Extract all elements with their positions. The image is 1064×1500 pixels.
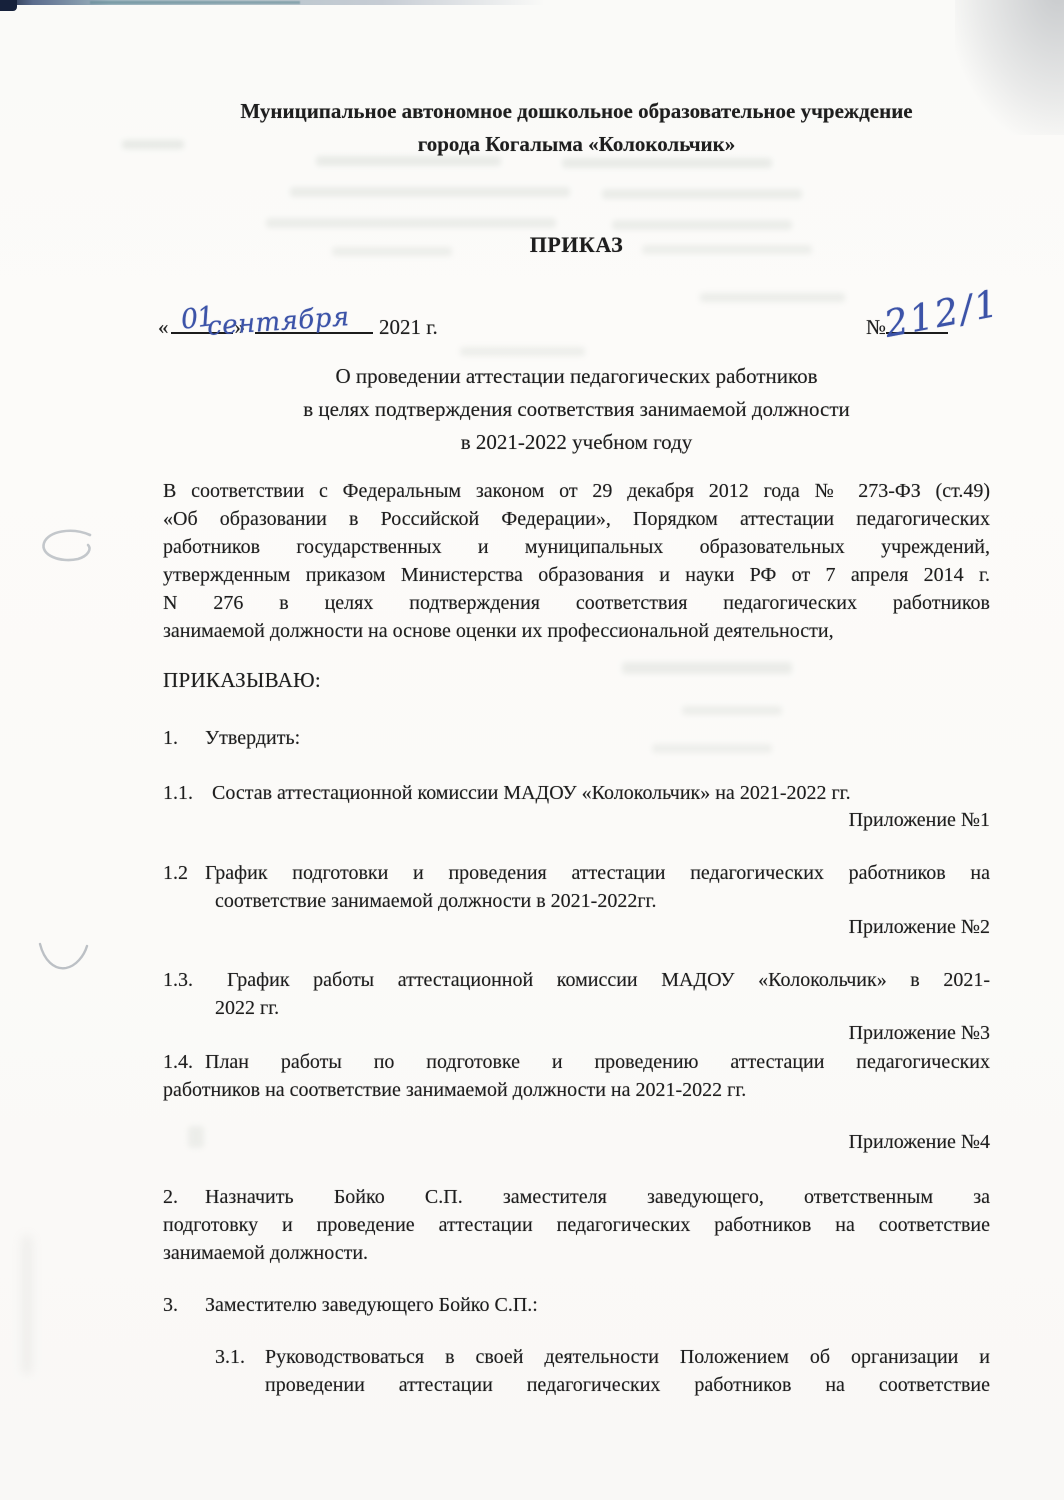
item-number: 1.4.: [163, 1048, 205, 1076]
item-text: План работы по подготовке и проведению а…: [205, 1051, 990, 1073]
bleed-through-text: [266, 218, 556, 228]
organization-name-line1: Муниципальное автономное дошкольное обра…: [163, 95, 990, 128]
document-number: №212/1: [866, 308, 948, 344]
item-number: 1.: [163, 724, 205, 752]
preamble-paragraph: В соответствии с Федеральным законом от …: [163, 477, 990, 645]
appendix-reference-2: Приложение №2: [163, 913, 990, 941]
top-left-corner-scan-mark: [0, 0, 17, 11]
subject-line2: в целях подтверждения соответствия заним…: [163, 393, 990, 426]
item-line: соответствие занимаемой должности в 2021…: [163, 887, 990, 915]
item-number: 3.: [163, 1291, 205, 1319]
document-subject: О проведении аттестации педагогических р…: [163, 360, 990, 459]
order-item-1-4: 1.4.План работы по подготовке и проведен…: [163, 1048, 990, 1104]
appendix-reference-4: Приложение №4: [163, 1128, 990, 1156]
preamble-line: N 276 в целях подтверждения соответствия…: [163, 589, 990, 617]
item-line: подготовку и проведение аттестации педаг…: [163, 1211, 990, 1239]
item-line: проведении аттестации педагогических раб…: [163, 1371, 990, 1399]
item-line: 1.4.План работы по подготовке и проведен…: [163, 1048, 990, 1076]
order-item-1-2: 1.2График подготовки и проведения аттест…: [163, 859, 990, 915]
pen-scribble-mark: [36, 936, 92, 982]
pen-scribble-mark: [38, 525, 100, 573]
order-item-1-1: 1.1.Состав аттестационной комиссии МАДОУ…: [163, 779, 990, 807]
order-heading: ПРИКАЗЫВАЮ:: [163, 666, 990, 694]
bleed-through-text: [602, 189, 802, 199]
item-line: занимаемой должности.: [163, 1239, 990, 1267]
document-date: «01»сентября2021 г.: [158, 308, 438, 344]
item-number: 1.1.: [163, 779, 212, 807]
order-item-3: 3.Заместителю заведующего Бойко С.П.:: [163, 1291, 990, 1319]
item-text: График подготовки и проведения аттестаци…: [205, 862, 990, 884]
item-text: Заместителю заведующего Бойко С.П.:: [205, 1294, 538, 1316]
item-number: 2.: [163, 1183, 205, 1211]
item-text: Назначить Бойко С.П. заместителя заведую…: [205, 1186, 990, 1208]
organization-name-line2: города Когалыма «Колокольчик»: [163, 128, 990, 161]
organization-name: Муниципальное автономное дошкольное обра…: [163, 95, 990, 161]
item-line: 1.2График подготовки и проведения аттест…: [163, 859, 990, 887]
scanned-order-document-page: Муниципальное автономное дошкольное обра…: [0, 0, 1064, 1500]
open-quote: «: [158, 315, 169, 339]
item-text: Состав аттестационной комиссии МАДОУ «Ко…: [212, 782, 851, 804]
date-year: 2021 г.: [379, 315, 438, 339]
item-text: Руководствоваться в своей деятельности П…: [265, 1346, 990, 1368]
item-number: 1.2: [163, 859, 205, 887]
bleed-through-text: [700, 293, 845, 302]
preamble-line: утвержденным приказом Министерства образ…: [163, 561, 990, 589]
number-blank: 212/1: [886, 308, 948, 334]
handwritten-number: 212/1: [882, 286, 1003, 341]
bleed-through-text: [290, 187, 570, 197]
order-item-1: 1.Утвердить:: [163, 724, 990, 752]
item-number: 1.3.: [163, 966, 227, 994]
preamble-line: В соответствии с Федеральным законом от …: [163, 477, 990, 505]
top-scan-line-artifact: [0, 0, 545, 5]
subject-line3: в 2021-2022 учебном году: [163, 426, 990, 459]
preamble-line: занимаемой должности на основе оценки их…: [163, 617, 990, 645]
preamble-line: «Об образовании в Российской Федерации»,…: [163, 505, 990, 533]
item-line: 1.3.График работы аттестационной комисси…: [163, 966, 990, 994]
preamble-line: работников государственных и муниципальн…: [163, 533, 990, 561]
top-scan-line-tint: [90, 1, 300, 4]
item-line: 2.Назначить Бойко С.П. заместителя завед…: [163, 1183, 990, 1211]
appendix-reference-1: Приложение №1: [163, 806, 990, 834]
item-line: 2022 гг.: [163, 994, 990, 1022]
item-line: 3.1.Руководствоваться в своей деятельнос…: [163, 1343, 990, 1371]
document-type-title: ПРИКАЗ: [163, 228, 990, 261]
item-text: График работы аттестационной комиссии МА…: [227, 969, 990, 991]
subject-line1: О проведении аттестации педагогических р…: [163, 360, 990, 393]
order-item-1-3: 1.3.График работы аттестационной комисси…: [163, 966, 990, 1022]
order-item-3-1: 3.1.Руководствоваться в своей деятельнос…: [163, 1343, 990, 1399]
appendix-reference-3: Приложение №3: [163, 1019, 990, 1047]
left-edge-smudge: [22, 1235, 32, 1375]
item-line: работников на соответствие занимаемой до…: [163, 1076, 990, 1104]
item-text: Утвердить:: [205, 727, 300, 749]
date-month-blank: сентября: [255, 308, 373, 334]
item-number: 3.1.: [215, 1343, 265, 1371]
date-and-number-row: «01»сентября2021 г. №212/1: [163, 308, 990, 350]
order-item-2: 2.Назначить Бойко С.П. заместителя завед…: [163, 1183, 990, 1267]
bleed-through-text: [682, 706, 782, 715]
